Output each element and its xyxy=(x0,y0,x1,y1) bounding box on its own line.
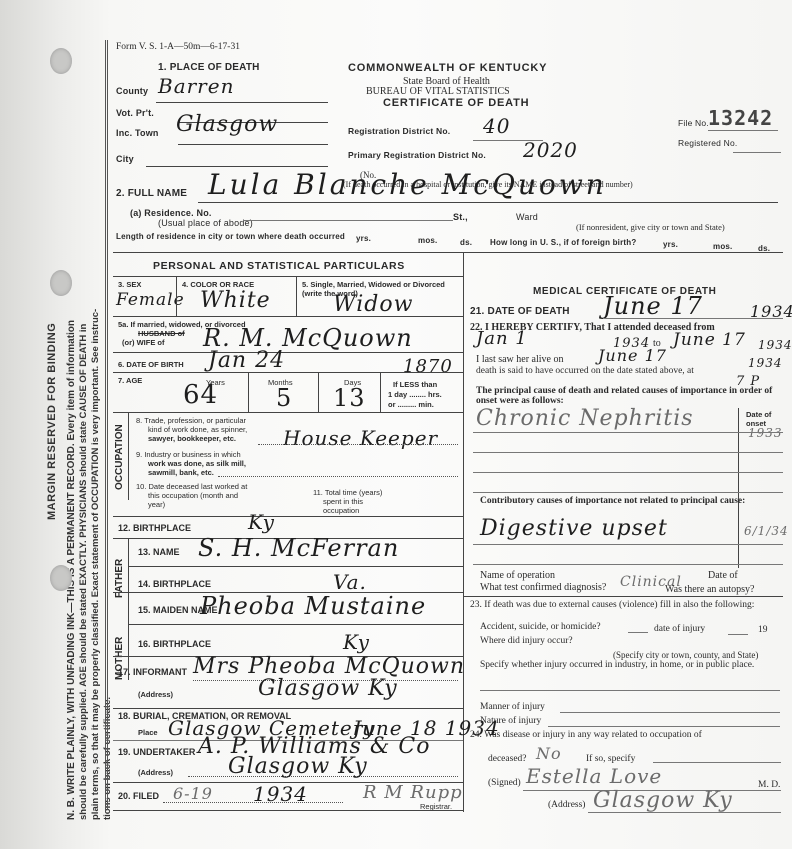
length-of-residence-label: Length of residence in city or town wher… xyxy=(116,232,345,241)
punch-hole-bottom xyxy=(50,565,72,591)
form-number: Form V. S. 1-A—50m—6-17-31 xyxy=(116,42,240,52)
county-label: County xyxy=(116,86,148,96)
birthplace14-value: Va. xyxy=(333,570,367,594)
birthplace16-value: Ky xyxy=(343,630,370,654)
age-years-value: 64 xyxy=(183,380,218,410)
total-time-label-1: 11. Total time (years) xyxy=(313,488,382,497)
marital-value: Widow xyxy=(333,292,413,317)
dob-value: Jan 24 xyxy=(208,348,285,373)
last-saw-year: 1934 xyxy=(748,356,783,370)
file-no-label: File No. xyxy=(678,118,709,128)
age-months-value: 5 xyxy=(276,384,292,412)
undertaker-label: 19. UNDERTAKER xyxy=(118,748,195,757)
reg-district-value: 40 xyxy=(483,114,510,138)
last-saw-label: I last saw her alive on xyxy=(476,354,563,365)
age-days-value: 13 xyxy=(333,384,366,412)
primary-reg-label: Primary Registration District No. xyxy=(348,150,486,160)
reg-district-label: Registration District No. xyxy=(348,126,450,136)
operation-date-label: Date of xyxy=(708,570,738,581)
dob-label: 6. DATE OF BIRTH xyxy=(118,360,184,369)
certificate-heading: CERTIFICATE OF DEATH xyxy=(383,97,529,109)
length-yrs-label: yrs. xyxy=(356,234,371,243)
registered-no-label: Registered No. xyxy=(678,138,738,148)
binding-margin: MARGIN RESERVED FOR BINDING N. B. WRITE … xyxy=(8,0,104,849)
attended-to-value: June 17 xyxy=(673,330,746,350)
birthplace16-label: 16. BIRTHPLACE xyxy=(138,640,211,649)
full-name-value: Lula Blanche McQuown xyxy=(208,168,607,201)
margin-note-line-3: plain terms, so that it may be properly … xyxy=(90,309,101,820)
punch-hole-middle xyxy=(50,270,72,296)
contributory-date-value: 6/1/34 xyxy=(744,524,789,538)
maiden-name-value: Pheoba Mustaine xyxy=(200,592,426,620)
external-causes-label: 23. If death was due to external causes … xyxy=(470,600,782,610)
father-name-value: S. H. McFerran xyxy=(198,534,399,562)
registrar-signature: R M Rupp xyxy=(363,782,463,803)
autopsy-label: Was there an autopsy? xyxy=(665,584,754,595)
industry-label-3: sawmill, bank, etc. xyxy=(148,468,214,477)
less-than-label-1: If LESS than xyxy=(393,380,437,389)
trade-value: House Keeper xyxy=(283,426,438,450)
deceased-label: deceased? xyxy=(488,754,527,764)
father-name-label: 13. NAME xyxy=(138,548,180,557)
length-mos-label: mos. xyxy=(418,236,437,245)
usual-place-label: (Usual place of abode) xyxy=(158,218,253,228)
sex-value: Female xyxy=(116,290,185,310)
attended-to-year: 1934 xyxy=(758,338,792,352)
principal-cause-value: Chronic Nephritis xyxy=(476,406,694,431)
vot-label: Vot. Pr't. xyxy=(116,108,154,118)
specify-industry-label: Specify whether injury occurred in indus… xyxy=(480,660,780,670)
test-label: What test confirmed diagnosis? xyxy=(480,582,606,593)
industry-label-2: work was done, as silk mill, xyxy=(148,459,246,468)
contributory-label: Contributory causes of importance not re… xyxy=(480,496,745,506)
total-time-label-2: spent in this xyxy=(323,497,363,506)
sex-label: 3. SEX xyxy=(118,280,141,289)
foreign-yrs-label: yrs. xyxy=(663,240,678,249)
informant-address-value: Glasgow Ky xyxy=(258,676,398,701)
punch-hole-top xyxy=(50,48,72,74)
less-than-label-2: 1 day ........ hrs. xyxy=(388,390,442,399)
birthplace12-label: 12. BIRTHPLACE xyxy=(118,524,191,533)
spouse-label-3: (or) WIFE of xyxy=(122,338,165,347)
death-said-label: death is said to have occurred on the da… xyxy=(476,366,694,376)
foreign-mos-label: mos. xyxy=(713,242,732,251)
date-of-death-label: 21. DATE OF DEATH xyxy=(470,306,570,317)
trade-label-3: sawyer, bookkeeper, etc. xyxy=(148,434,236,443)
foreign-birth-label: How long in U. S., if of foreign birth? xyxy=(490,238,636,247)
city-label: City xyxy=(116,154,134,164)
birthplace12-value: Ky xyxy=(248,510,275,534)
last-worked-label-3: year) xyxy=(148,500,165,509)
md-label: M. D. xyxy=(758,780,780,790)
age-label: 7. AGE xyxy=(118,376,142,385)
nonresident-note: (If nonresident, give city or town and S… xyxy=(576,222,725,232)
accident-label: Accident, suicide, or homicide? xyxy=(480,622,601,632)
nature-label: Nature of injury xyxy=(480,716,541,726)
last-saw-value: June 17 xyxy=(598,346,667,365)
length-ds-label: ds. xyxy=(460,238,472,247)
last-worked-label-2: this occupation (month and xyxy=(148,491,238,500)
place-of-death-title: 1. PLACE OF DEATH xyxy=(158,62,260,73)
injury-year-prefix: 19 xyxy=(758,625,768,635)
inc-town-label: Inc. Town xyxy=(116,128,159,138)
date-of-injury-label: date of injury xyxy=(654,624,705,634)
total-time-label-3: occupation xyxy=(323,506,359,515)
informant-label: 17. INFORMANT xyxy=(118,668,187,677)
residence-label: (a) Residence. No. xyxy=(130,208,212,218)
occupation-side-label: OCCUPATION xyxy=(114,424,125,490)
informant-address-label: (Address) xyxy=(138,690,173,699)
date-of-onset-value: 1933 xyxy=(748,426,783,440)
contributory-value: Digestive upset xyxy=(480,516,668,541)
principal-cause-label: The principal cause of death and related… xyxy=(476,386,781,406)
file-number: 13242 xyxy=(708,106,773,130)
physician-signature: Estella Love xyxy=(526,764,662,788)
inc-town-value: Glasgow xyxy=(176,112,278,137)
signed-label: (Signed) xyxy=(488,778,521,788)
personal-particulars-title: PERSONAL AND STATISTICAL PARTICULARS xyxy=(153,260,405,272)
color-value: White xyxy=(200,288,271,313)
date-of-death-value: June 17 xyxy=(603,292,703,320)
occupation-related-label: 24. Was disease or injury in any way rel… xyxy=(470,730,702,740)
full-name-label: 2. FULL NAME xyxy=(116,188,187,199)
bureau-heading: BUREAU OF VITAL STATISTICS xyxy=(366,86,510,97)
residence-st-label: St., xyxy=(453,212,468,222)
county-value: Barren xyxy=(158,74,234,98)
trade-label-1: 8. Trade, profession, or particular xyxy=(136,416,246,425)
undertaker-address-label: (Address) xyxy=(138,768,173,777)
occupation-related-answer: No xyxy=(536,744,562,763)
spouse-label-2: HUSBAND of xyxy=(138,329,185,338)
filed-date-value: 6-19 xyxy=(173,784,213,803)
dob-year-value: 1870 xyxy=(403,356,453,377)
if-so-specify-label: If so, specify xyxy=(586,754,635,764)
filed-label: 20. FILED xyxy=(118,792,159,801)
binding-label: MARGIN RESERVED FOR BINDING xyxy=(46,323,58,520)
trade-label-2: kind of work done, as spinner, xyxy=(148,425,247,434)
manner-label: Manner of injury xyxy=(480,702,545,712)
less-than-label-3: or ......... min. xyxy=(388,400,434,409)
certificate-form: Form V. S. 1-A—50m—6-17-31 1. PLACE OF D… xyxy=(105,40,788,810)
where-injury-label: Where did injury occur? xyxy=(480,636,573,646)
last-worked-label-1: 10. Date deceased last worked at xyxy=(136,482,247,491)
residence-ward-label: Ward xyxy=(516,212,538,222)
undertaker-address-value: Glasgow Ky xyxy=(228,754,368,779)
attended-from-value: Jan 1 xyxy=(476,328,528,349)
physician-address-value: Glasgow Ky xyxy=(593,788,733,813)
certificate-page: MARGIN RESERVED FOR BINDING N. B. WRITE … xyxy=(0,0,792,849)
birthplace14-label: 14. BIRTHPLACE xyxy=(138,580,211,589)
operation-label: Name of operation xyxy=(480,570,555,581)
filed-year-value: 1934 xyxy=(253,782,308,806)
physician-address-label: (Address) xyxy=(548,800,585,810)
burial-place-label: Place xyxy=(138,728,158,737)
specify-city-note: (Specify city or town, county, and State… xyxy=(613,650,758,660)
primary-reg-value: 2020 xyxy=(523,138,578,162)
commonwealth-heading: COMMONWEALTH OF KENTUCKY xyxy=(348,62,547,74)
industry-label-1: 9. Industry or business in which xyxy=(136,450,241,459)
margin-note-line-2: should be carefully supplied. AGE should… xyxy=(78,324,89,820)
